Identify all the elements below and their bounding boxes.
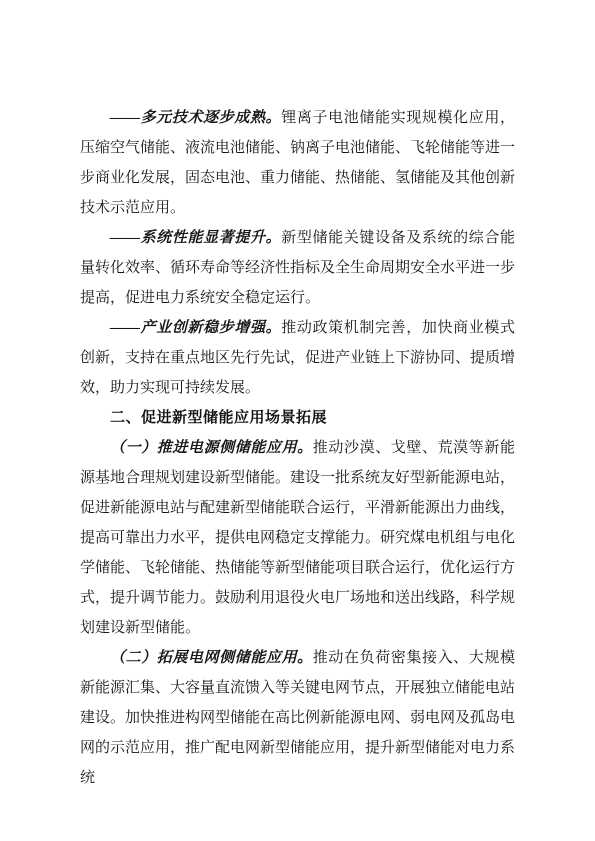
numbered-paragraph-1: （一）推进电源侧储能应用。推动沙漠、戈壁、荒漠等新能源基地合理规划建设新型储能。…	[80, 433, 515, 643]
paragraph-lead: （一）推进电源侧储能应用。	[110, 440, 313, 456]
dash-paragraph-1: ——多元技术逐步成熟。锂离子电池储能实现规模化应用，压缩空气储能、液流电池储能、…	[80, 103, 515, 223]
numbered-paragraph-2: （二）拓展电网侧储能应用。推动在负荷密集接入、大规模新能源汇集、大容量直流馈入等…	[80, 643, 515, 793]
section-heading: 二、促进新型储能应用场景拓展	[80, 403, 515, 433]
paragraph-text: 推动在负荷密集接入、大规模新能源汇集、大容量直流馈入等关键电网节点，开展独立储能…	[80, 650, 515, 786]
dash-paragraph-3: ——产业创新稳步增强。推动政策机制完善，加快商业模式创新，支持在重点地区先行先试…	[80, 313, 515, 403]
paragraph-lead: ——多元技术逐步成熟。	[110, 110, 281, 126]
paragraph-text: 推动沙漠、戈壁、荒漠等新能源基地合理规划建设新型储能。建设一批系统友好型新能源电…	[80, 440, 515, 636]
paragraph-lead: （二）拓展电网侧储能应用。	[110, 650, 313, 666]
paragraph-lead: ——系统性能显著提升。	[110, 230, 281, 246]
dash-paragraph-2: ——系统性能显著提升。新型储能关键设备及系统的综合能量转化效率、循环寿命等经济性…	[80, 223, 515, 313]
paragraph-lead: ——产业创新稳步增强。	[110, 320, 281, 336]
document-page: ——多元技术逐步成熟。锂离子电池储能实现规模化应用，压缩空气储能、液流电池储能、…	[0, 0, 595, 841]
